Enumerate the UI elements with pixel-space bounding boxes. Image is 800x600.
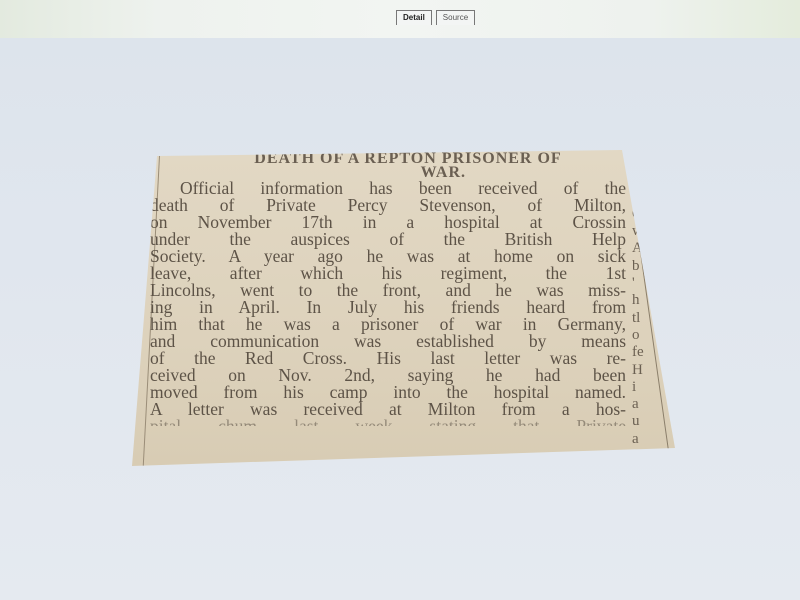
view-tabs: Detail Source [396,10,475,25]
article-headline: DEATH OF A REPTON PRISONER OF WAR. [150,152,626,180]
article-line: A letter was received at Milton from a h… [150,401,626,418]
newspaper-clipping-image: DEATH OF A REPTON PRISONER OF WAR. Offic… [132,148,678,466]
article-line-cut: pital chum last week stating that Privat… [150,418,626,426]
fragment-letter: a [632,396,672,413]
tab-source[interactable]: Source [436,10,475,25]
fragment-letter: u [632,413,672,430]
fragment-letter: a [632,431,672,448]
article-text: DEATH OF A REPTON PRISONER OF WAR. Offic… [150,152,626,426]
tab-detail[interactable]: Detail [396,10,432,25]
